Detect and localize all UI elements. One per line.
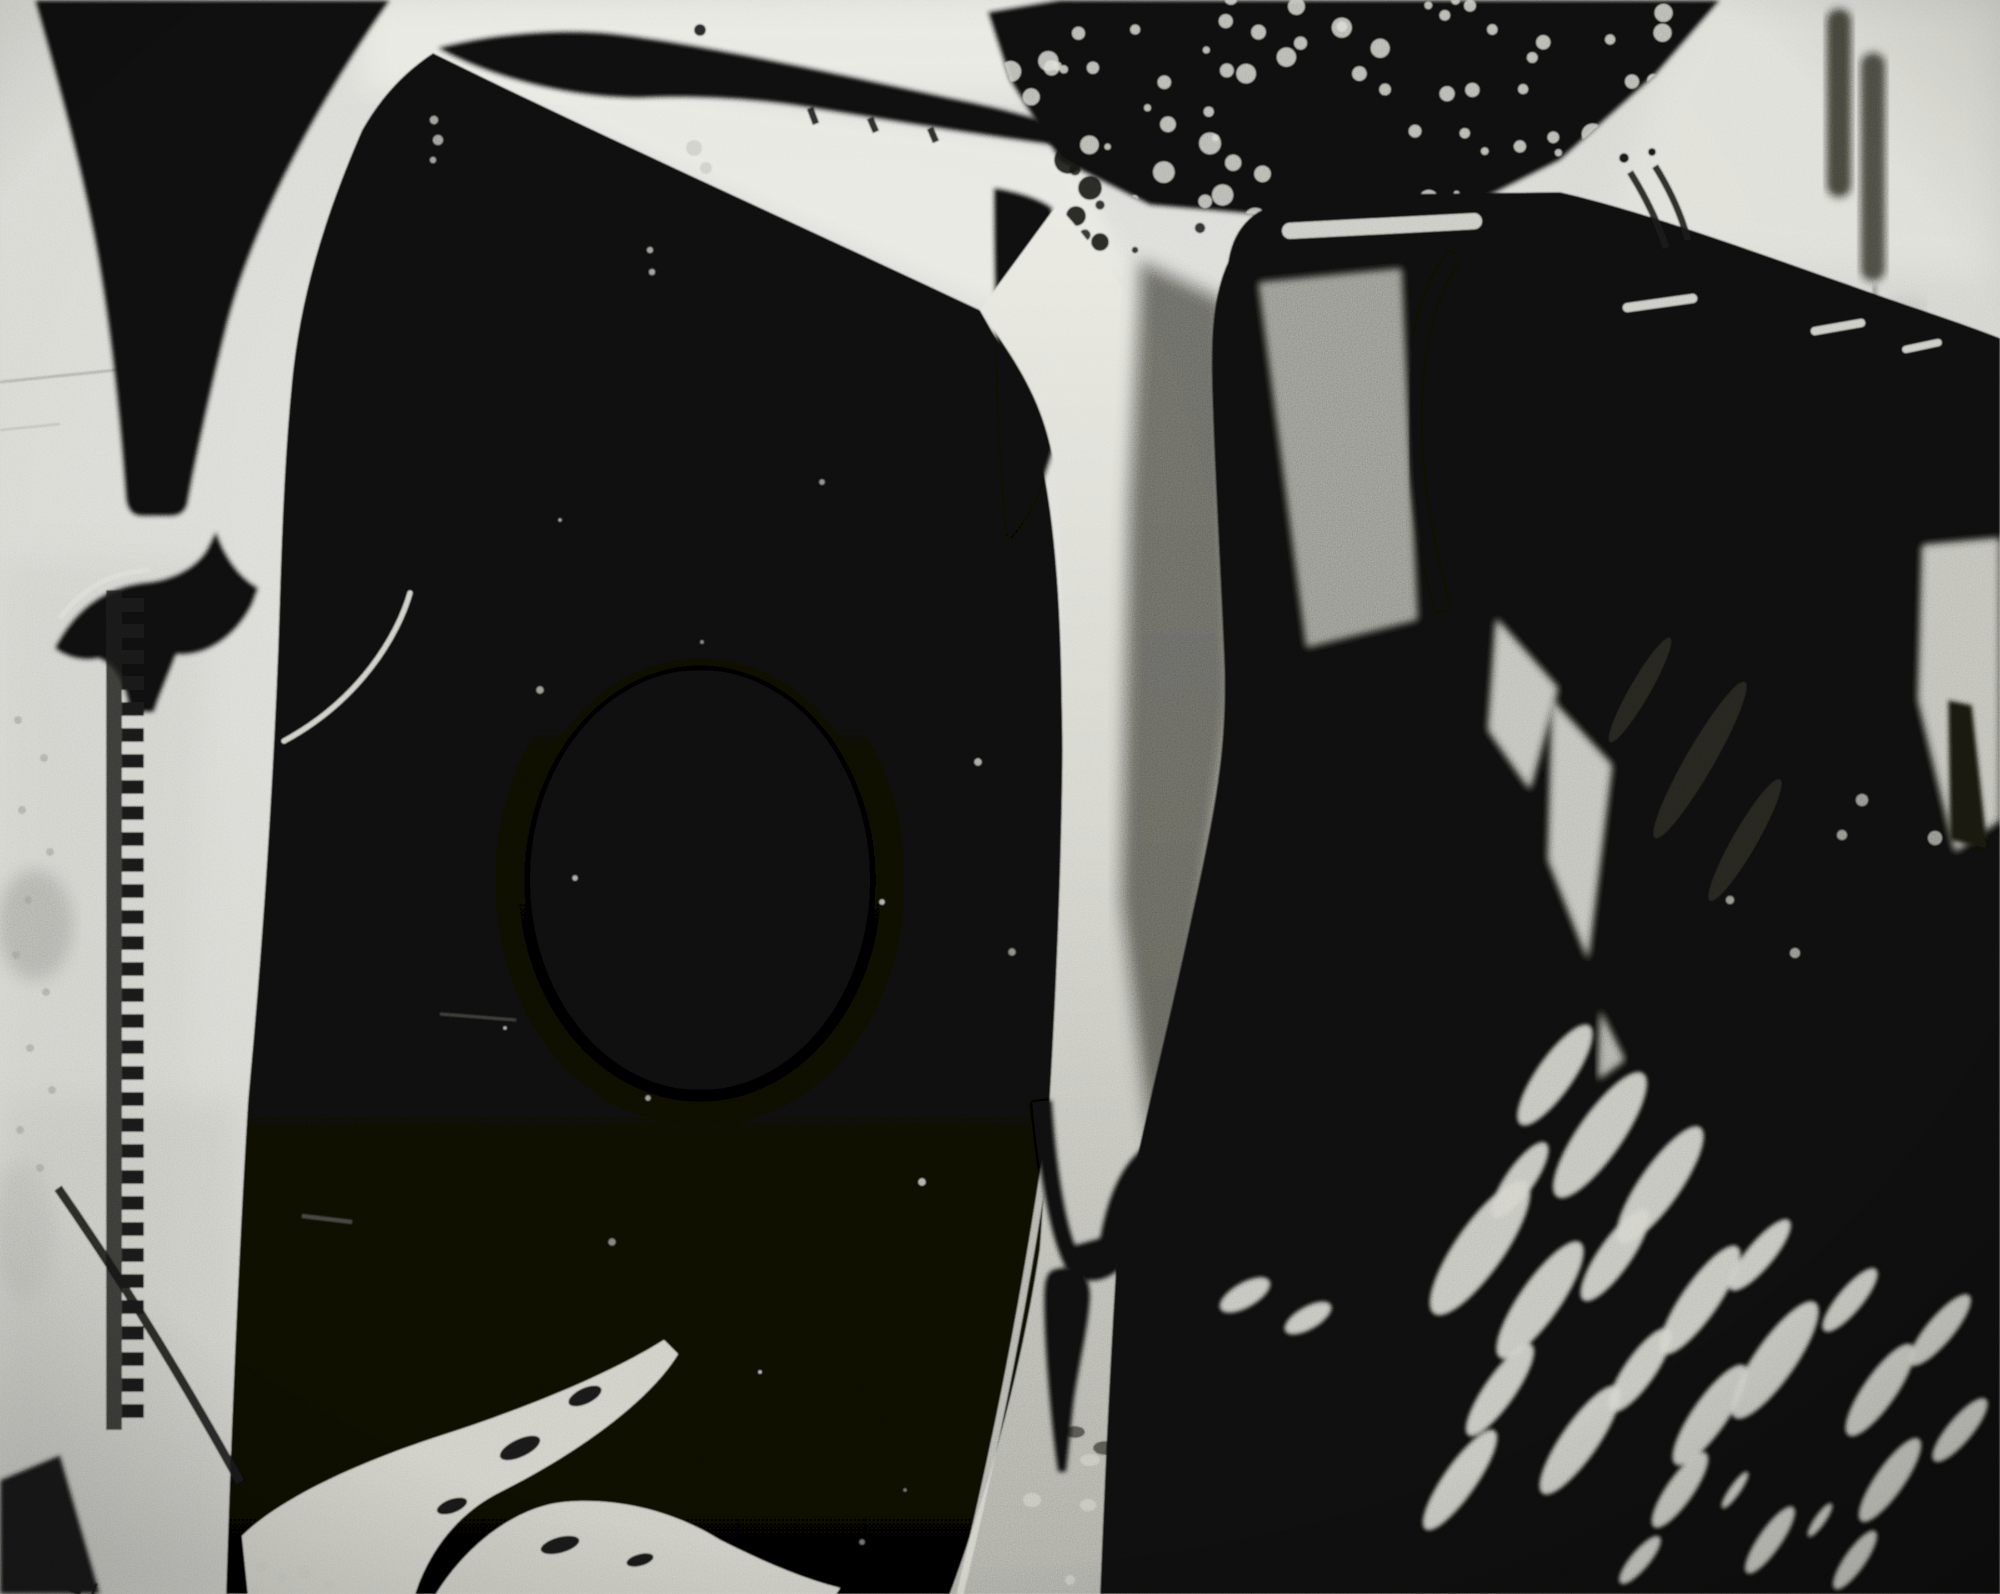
photograph: Wrecked aircraft doorway, black-and-whit… [0, 0, 2000, 1594]
film-grain [0, 0, 2000, 1594]
photo-canvas: Wrecked aircraft doorway, black-and-whit… [0, 0, 2000, 1594]
